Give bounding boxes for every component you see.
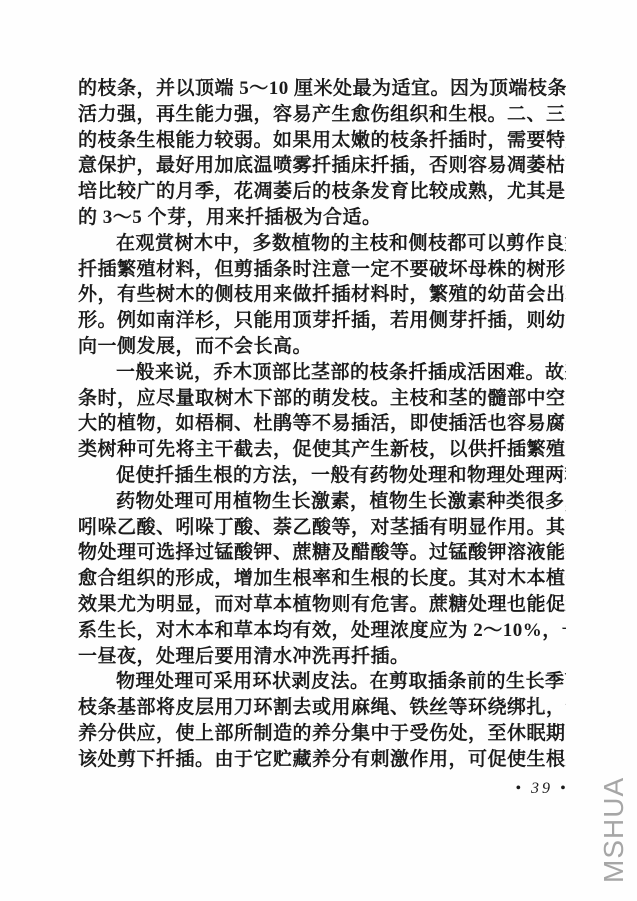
text-line: 药物处理可用植物生长激素，植物生长激素种类很多，如	[78, 489, 566, 515]
text-line: 条时，应尽量取树木下部的萌发枝。主枝和茎的髓部中空或粗	[78, 386, 566, 412]
text-line: 效果尤为明显，而对草本植物则有危害。蔗糖处理也能促进根	[78, 592, 566, 618]
text-line: 意保护，最好用加底温喷雾扦插床扦插，否则容易凋萎枯死。栽	[78, 153, 566, 179]
text-line: 培比较广的月季，花凋萎后的枝条发育比较成熟，尤其是顶端	[78, 179, 566, 205]
text-line: 该处剪下扦插。由于它贮藏养分有刺激作用，可促使生根发芽。	[78, 747, 566, 773]
text-line: 扦插繁殖材料，但剪插条时注意一定不要破坏母株的树形。另	[78, 257, 566, 283]
watermark: MSHUA	[596, 783, 632, 883]
text-block: 的枝条，并以顶端 5～10 厘米处最为适宜。因为顶端枝条细胞 活力强，再生能力强…	[78, 76, 566, 773]
paragraph: 药物处理可用植物生长激素，植物生长激素种类很多，如 吲哚乙酸、吲哚丁酸、萘乙酸等…	[78, 489, 566, 670]
text-line: 向一侧发展，而不会长高。	[78, 334, 566, 360]
text-line: 类树种可先将主干截去，促使其产生新枝，以供扦插繁殖之用。	[78, 437, 566, 463]
paragraph: 一般来说，乔木顶部比茎部的枝条扦插成活困难。故采插 条时，应尽量取树木下部的萌发…	[78, 360, 566, 463]
book-page: 的枝条，并以顶端 5～10 厘米处最为适宜。因为顶端枝条细胞 活力强，再生能力强…	[0, 0, 637, 901]
paragraph: 物理处理可采用环状剥皮法。在剪取插条前的生长季节，在 枝条基部将皮层用刀环割去或…	[78, 669, 566, 772]
text-line: 形。例如南洋杉，只能用顶芽扦插，若用侧芽扦插，则幼苗只	[78, 308, 566, 334]
text-line: 大的植物，如梧桐、杜鹃等不易插活，即使插活也容易腐烂。这	[78, 411, 566, 437]
page-number: • 39 •	[512, 780, 572, 798]
paragraph: 促使扦插生根的方法，一般有药物处理和物理处理两种。	[78, 463, 566, 489]
text-line: 枝条基部将皮层用刀环割去或用麻绳、铁丝等环绕绑扎，切断	[78, 695, 566, 721]
paragraph: 的枝条，并以顶端 5～10 厘米处最为适宜。因为顶端枝条细胞 活力强，再生能力强…	[78, 76, 566, 231]
text-line: 一昼夜，处理后要用清水冲洗再扦插。	[78, 644, 566, 670]
text-line: 促使扦插生根的方法，一般有药物处理和物理处理两种。	[78, 463, 566, 489]
text-line: 物理处理可采用环状剥皮法。在剪取插条前的生长季节，在	[78, 669, 566, 695]
text-line: 养分供应，使上部所制造的养分集中于受伤处，至休眠期，在	[78, 721, 566, 747]
text-line: 愈合组织的形成，增加生根率和生根的长度。其对木本植物的	[78, 566, 566, 592]
text-line: 的 3～5 个芽，用来扦插极为合适。	[78, 205, 566, 231]
text-line: 一般来说，乔木顶部比茎部的枝条扦插成活困难。故采插	[78, 360, 566, 386]
text-line: 系生长，对木本和草本均有效，处理浓度应为 2～10%，一般浸	[78, 618, 566, 644]
text-line: 物处理可选择过锰酸钾、蔗糖及醋酸等。过锰酸钾溶液能促进	[78, 540, 566, 566]
text-line: 吲哚乙酸、吲哚丁酸、萘乙酸等，对茎插有明显作用。其他药	[78, 515, 566, 541]
text-line: 活力强，再生能力强，容易产生愈伤组织和生根。二、三年生	[78, 102, 566, 128]
text-line: 的枝条生根能力较弱。如果用太嫩的枝条扦插时，需要特别注	[78, 128, 566, 154]
text-line: 的枝条，并以顶端 5～10 厘米处最为适宜。因为顶端枝条细胞	[78, 76, 566, 102]
text-line: 在观赏树木中，多数植物的主枝和侧枝都可以剪作良好的	[78, 231, 566, 257]
paragraph: 在观赏树木中，多数植物的主枝和侧枝都可以剪作良好的 扦插繁殖材料，但剪插条时注意…	[78, 231, 566, 360]
text-line: 外，有些树木的侧枝用来做扦插材料时，繁殖的幼苗会出现畸	[78, 282, 566, 308]
